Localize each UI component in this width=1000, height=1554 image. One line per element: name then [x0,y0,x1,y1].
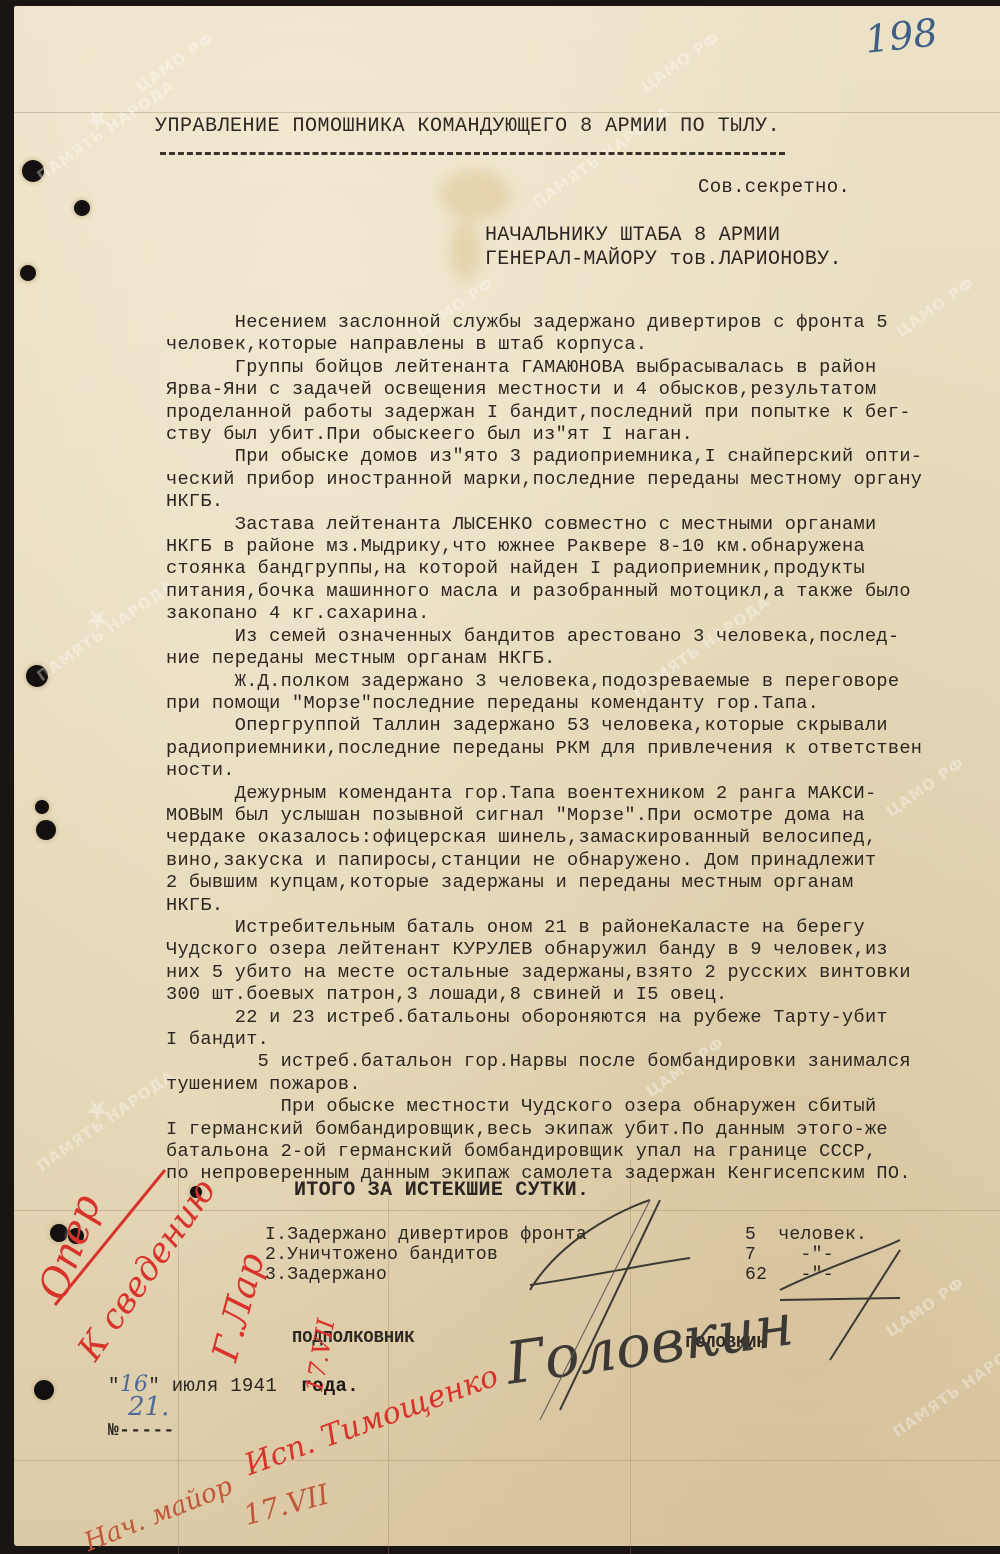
annotation-underline [0,0,1000,1554]
